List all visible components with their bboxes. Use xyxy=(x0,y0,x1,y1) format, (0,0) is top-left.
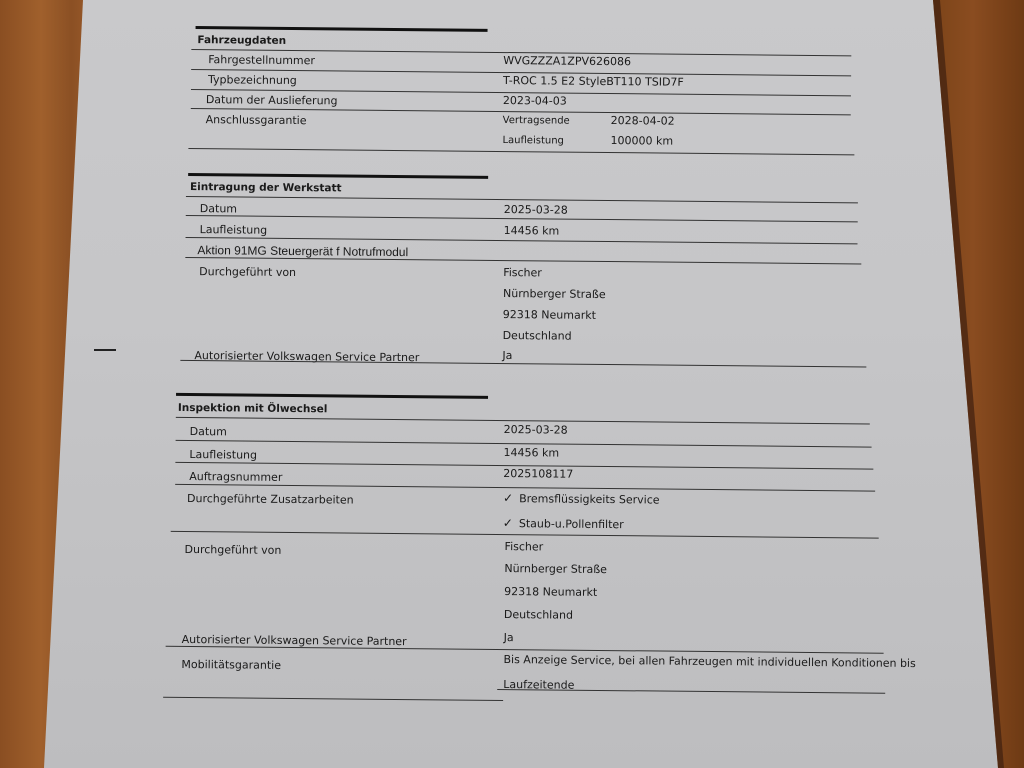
address-country: Deutschland xyxy=(503,329,572,344)
label-datum: Datum xyxy=(190,425,227,439)
divider xyxy=(188,148,854,155)
section-title: Eintragung der Werkstatt xyxy=(190,180,342,195)
label-anschlussgarantie: Anschlussgarantie xyxy=(206,113,307,128)
checkmark-icon: ✓ xyxy=(503,491,513,505)
value-vertragsende: 2028-04-02 xyxy=(611,114,675,129)
value-datum: 2025-03-28 xyxy=(504,423,568,438)
value-laufleistung: 14456 km xyxy=(503,446,559,461)
divider xyxy=(185,257,861,264)
label-auslieferung: Datum der Auslieferung xyxy=(206,93,338,108)
address-street: Nürnberger Straße xyxy=(503,287,606,302)
section-title: Fahrzeugdaten xyxy=(197,33,286,48)
address-city: 92318 Neumarkt xyxy=(503,308,596,323)
checkmark-icon: ✓ xyxy=(503,516,513,530)
value-datum: 2025-03-28 xyxy=(504,203,568,218)
value-auslieferung: 2023-04-03 xyxy=(503,94,567,109)
section-bar xyxy=(176,393,488,399)
address-name: Fischer xyxy=(505,540,544,554)
value-typbezeichnung: T-ROC 1.5 E2 StyleBT110 TSID7F xyxy=(503,74,684,90)
divider xyxy=(171,531,879,539)
label-laufleistung-garantie: Laufleistung xyxy=(502,134,564,149)
value-fahrgestellnummer: WVGZZZA1ZPV626086 xyxy=(503,54,631,69)
label-vertragsende: Vertragsende xyxy=(503,114,570,129)
label-laufleistung: Laufleistung xyxy=(189,448,257,463)
label-durchgefuehrt: Durchgeführt von xyxy=(199,265,296,280)
address-country: Deutschland xyxy=(504,608,573,623)
zusatz-item: ✓Staub-u.Pollenfilter xyxy=(503,516,624,532)
section-bar xyxy=(188,173,488,179)
label-fahrgestellnummer: Fahrgestellnummer xyxy=(208,53,315,68)
divider xyxy=(163,697,503,701)
zusatz-text: Bremsflüssigkeits Service xyxy=(519,492,660,506)
zusatz-text: Staub-u.Pollenfilter xyxy=(519,517,624,531)
section-title: Inspektion mit Ölwechsel xyxy=(178,401,328,416)
label-typbezeichnung: Typbezeichnung xyxy=(208,73,297,88)
value-partner: Ja xyxy=(502,349,512,363)
value-auftragsnummer: 2025108117 xyxy=(503,467,573,482)
value-laufleistung: 14456 km xyxy=(504,224,560,239)
address-name: Fischer xyxy=(503,266,542,280)
zusatz-item: ✓Bremsflüssigkeits Service xyxy=(503,491,660,508)
section-bar xyxy=(196,26,488,32)
address-city: 92318 Neumarkt xyxy=(504,585,597,600)
label-laufleistung: Laufleistung xyxy=(200,223,268,238)
value-partner: Ja xyxy=(504,631,514,645)
document: Fahrzeugdaten Fahrgestellnummer WVGZZZA1… xyxy=(0,0,1024,768)
value-mobilitaetsgarantie-line1: Bis Anzeige Service, bei allen Fahrzeuge… xyxy=(503,653,915,671)
value-laufleistung-garantie: 100000 km xyxy=(610,134,673,149)
label-durchgefuehrt: Durchgeführt von xyxy=(184,543,281,558)
label-mobilitaetsgarantie: Mobilitätsgarantie xyxy=(181,658,281,673)
address-street: Nürnberger Straße xyxy=(504,562,607,577)
label-zusatzarbeiten: Durchgeführte Zusatzarbeiten xyxy=(187,492,354,508)
label-auftragsnummer: Auftragsnummer xyxy=(189,470,282,485)
